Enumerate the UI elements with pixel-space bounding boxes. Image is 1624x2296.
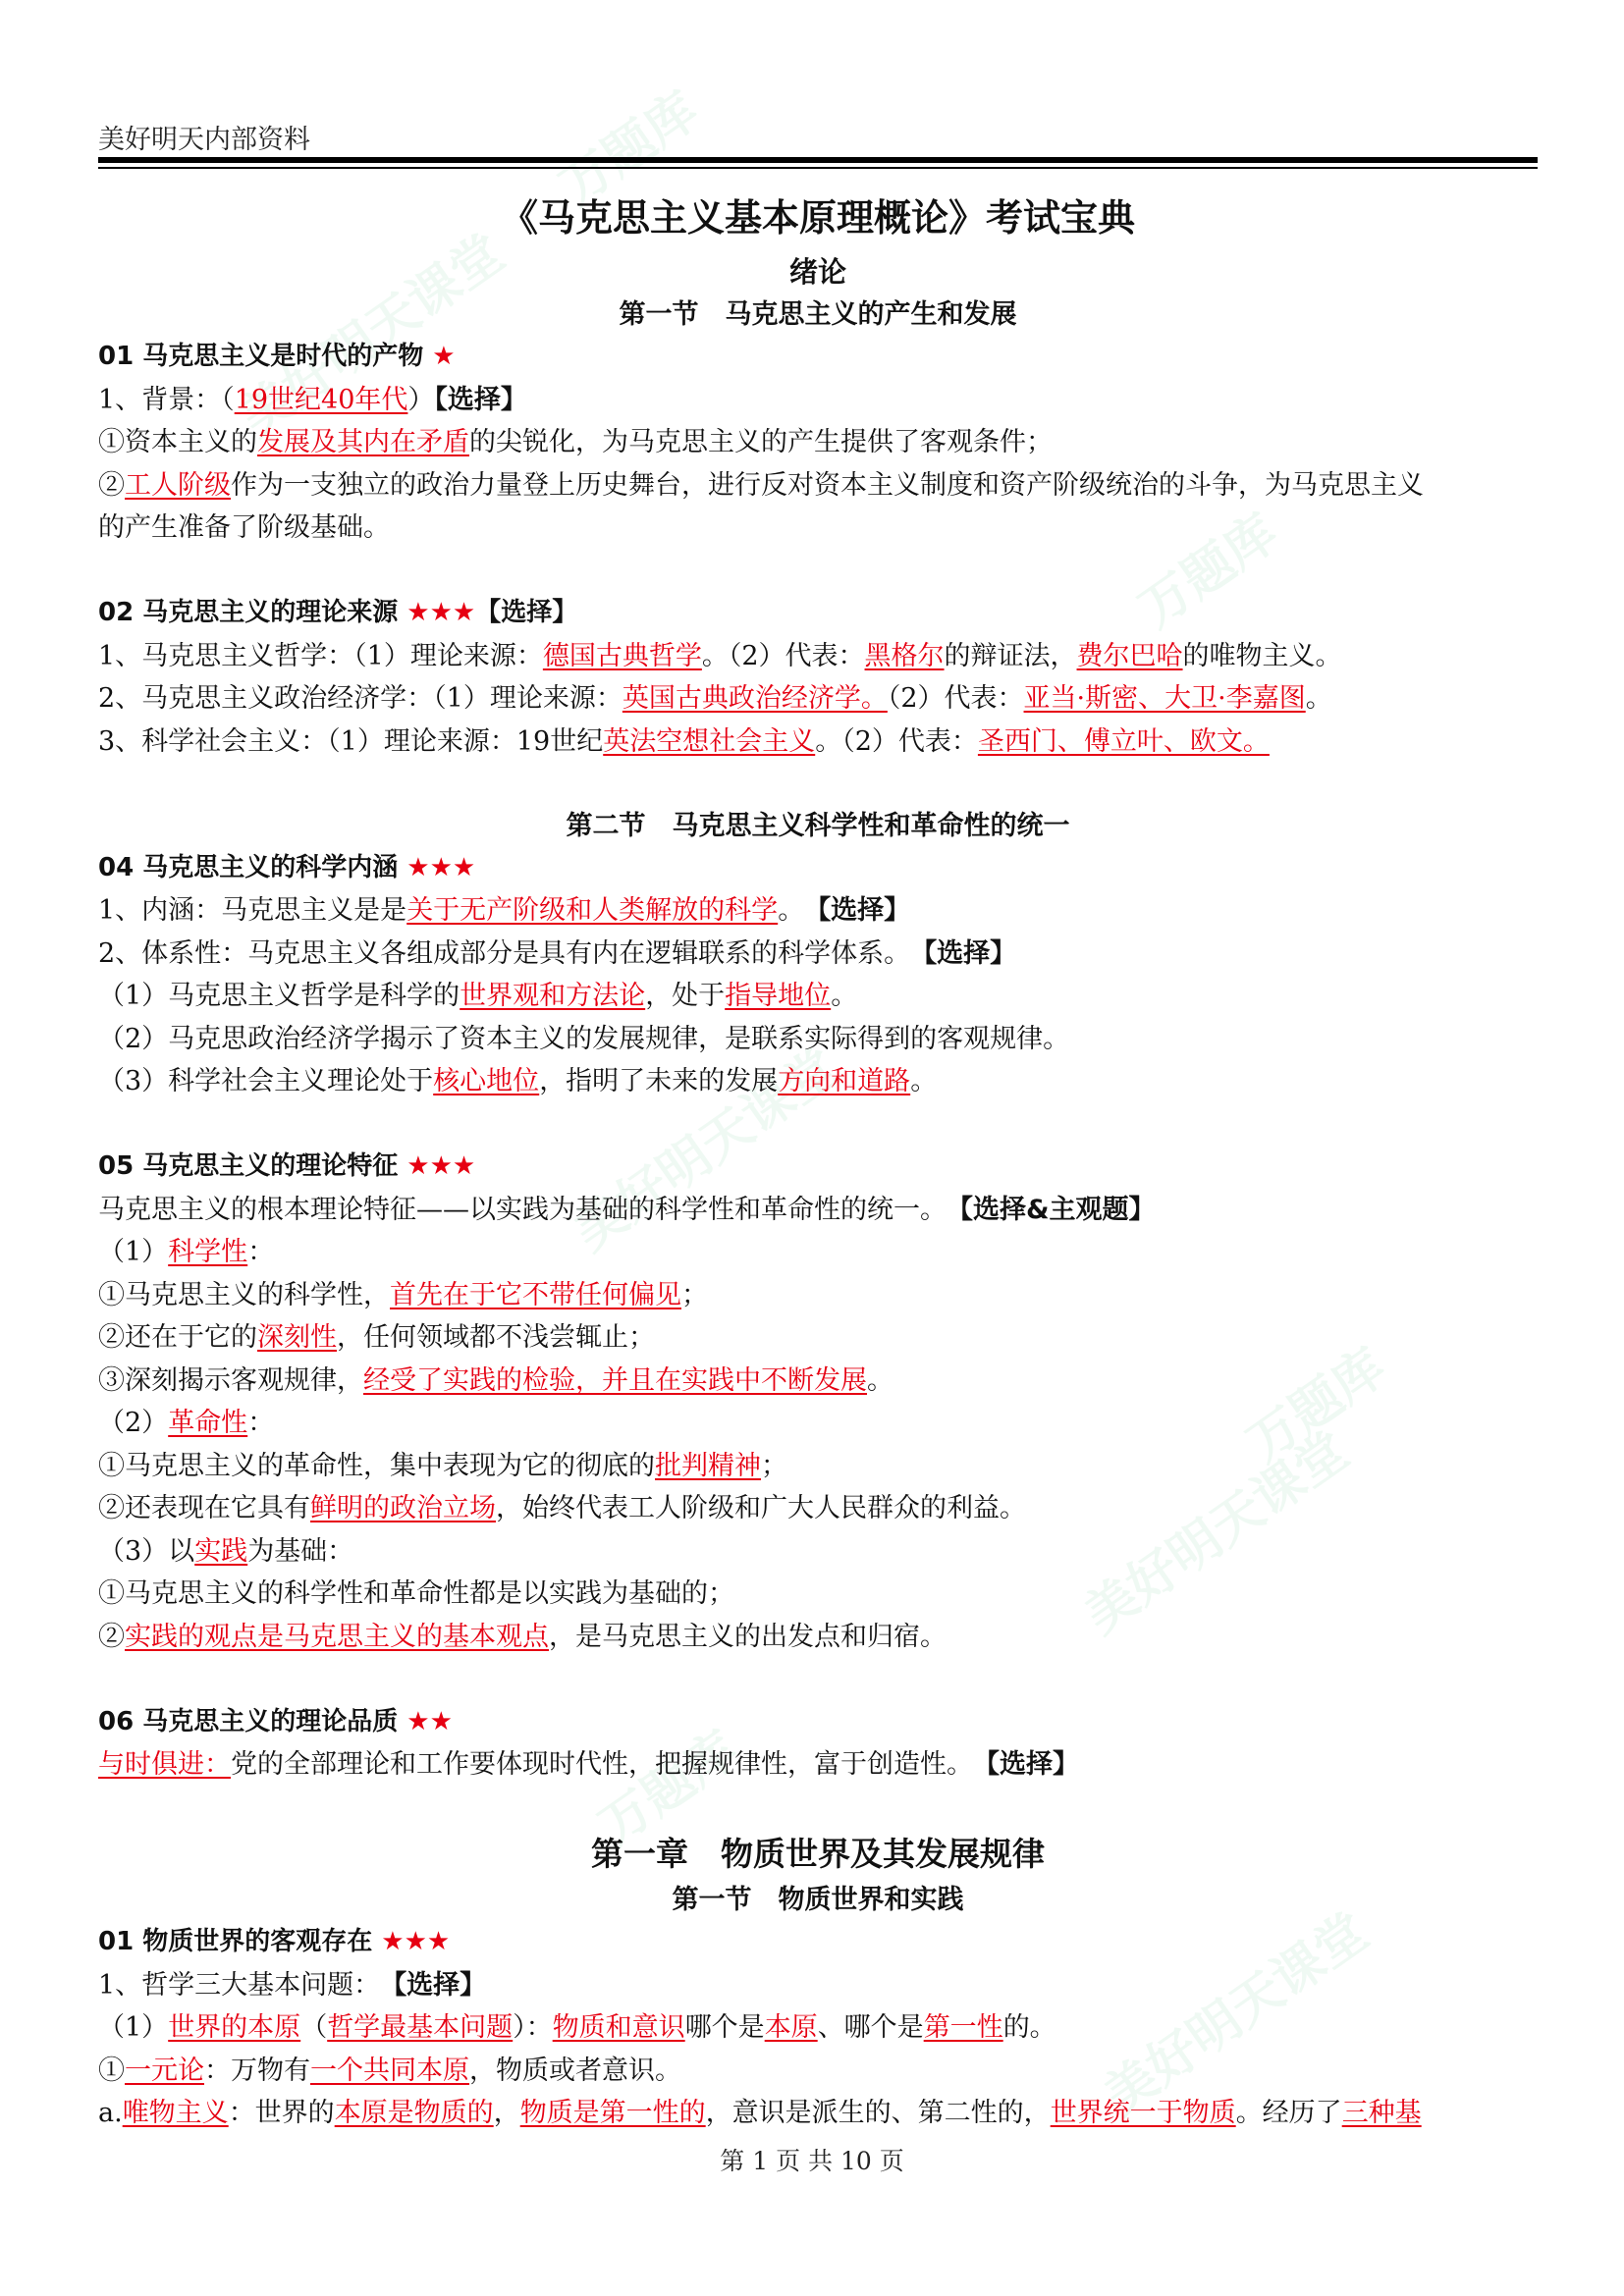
header-label: 美好明天内部资料 (98, 118, 310, 156)
item-heading: 01 物质世界的客观存在 ★★★ (98, 1921, 1538, 1964)
section-heading: 第一节 物质世界和实践 (98, 1880, 1538, 1921)
text-line: ②实践的观点是马克思主义的基本观点，是马克思主义的出发点和归宿。 (98, 1616, 1538, 1659)
section-heading: 第一节 马克思主义的产生和发展 (98, 294, 1538, 336)
exam-tag: 【选择】 (987, 1749, 1080, 1780)
exam-tag: 【选择】 (924, 938, 1017, 969)
text-line: ②工人阶级作为一支独立的政治力量登上历史舞台，进行反对资本主义制度和资产阶级统治… (98, 464, 1538, 507)
item-heading: 05 马克思主义的理论特征 ★★★ (98, 1146, 1538, 1189)
text-line: 3、科学社会主义：（1）理论来源：19世纪英法空想社会主义。（2）代表：圣西门、… (98, 721, 1538, 764)
header-rule-thin (98, 167, 1538, 169)
text-line: （3）科学社会主义理论处于核心地位，指明了未来的发展方向和道路。 (98, 1060, 1538, 1103)
exam-tag: 【选择】 (818, 895, 911, 926)
exam-tag: 【选择】 (475, 598, 577, 627)
page-footer: 第 1 页 共 10 页 (0, 2142, 1624, 2177)
document-title: 《马克思主义基本原理概论》考试宝典 (98, 187, 1538, 249)
text-line: 1、马克思主义哲学：（1）理论来源：德国古典哲学。（2）代表：黑格尔的辩证法，费… (98, 635, 1538, 678)
text-line: ③深刻揭示客观规律，经受了实践的检验，并且在实践中不断发展。 (98, 1360, 1538, 1403)
text-line: ①资本主义的发展及其内在矛盾的尖锐化，为马克思主义的产生提供了客观条件； (98, 421, 1538, 464)
text-line: 马克思主义的根本理论特征——以实践为基础的科学性和革命性的统一。 【选择&主观题… (98, 1189, 1538, 1232)
star-rating: ★★★ (406, 1151, 475, 1181)
text-line: （1）马克思主义哲学是科学的世界观和方法论，处于指导地位。 (98, 975, 1538, 1018)
text-line: （1）科学性： (98, 1231, 1538, 1274)
text-line: 2、马克思主义政治经济学：（1）理论来源：英国古典政治经济学。（2）代表：亚当·… (98, 677, 1538, 721)
text-line: 2、体系性：马克思主义各组成部分是具有内在逻辑联系的科学体系。 【选择】 (98, 933, 1538, 976)
text-line: ①马克思主义的科学性和革命性都是以实践为基础的； (98, 1573, 1538, 1616)
exam-tag: 【选择】 (394, 1970, 487, 2001)
chapter-heading: 绪论 (98, 249, 1538, 294)
text-line: 1、背景：（19世纪40年代）【选择】 (98, 379, 1538, 422)
text-line: （1）世界的本原（哲学最基本问题）：物质和意识哪个是本原、哪个是第一性的。 (98, 2006, 1538, 2050)
item-heading: 06 马克思主义的理论品质 ★★ (98, 1701, 1538, 1744)
text-line: ②还表现在它具有鲜明的政治立场，始终代表工人阶级和广大人民群众的利益。 (98, 1487, 1538, 1530)
star-rating: ★★★ (406, 853, 475, 882)
text-line: （2）马克思政治经济学揭示了资本主义的发展规律，是联系实际得到的客观规律。 (98, 1018, 1538, 1061)
item-heading: 02 马克思主义的理论来源 ★★★【选择】 (98, 592, 1538, 635)
text-line: （3）以实践为基础： (98, 1530, 1538, 1574)
text-line: 1、哲学三大基本问题： 【选择】 (98, 1964, 1538, 2007)
text-line: 与时俱进：党的全部理论和工作要体现时代性，把握规律性，富于创造性。 【选择】 (98, 1743, 1538, 1787)
item-heading: 04 马克思主义的科学内涵 ★★★ (98, 847, 1538, 890)
exam-tag: 【选择】 (434, 385, 527, 415)
document-body: 《马克思主义基本原理概论》考试宝典 绪论 第一节 马克思主义的产生和发展 01 … (98, 187, 1538, 2135)
header-rule (98, 157, 1538, 163)
chapter-heading: 第一章 物质世界及其发展规律 (98, 1829, 1538, 1880)
section-heading: 第二节 马克思主义科学性和革命性的统一 (98, 806, 1538, 847)
star-rating: ★★★ (406, 598, 475, 627)
text-line: a.唯物主义：世界的本原是物质的，物质是第一性的，意识是派生的、第二性的，世界统… (98, 2092, 1538, 2135)
text-line: 1、内涵：马克思主义是是关于无产阶级和人类解放的科学。 【选择】 (98, 889, 1538, 933)
text-line: ①马克思主义的科学性，首先在于它不带任何偏见； (98, 1274, 1538, 1317)
text-line: ①马克思主义的革命性，集中表现为它的彻底的批判精神； (98, 1445, 1538, 1488)
text-line: （2）革命性： (98, 1402, 1538, 1445)
text-line: ①一元论：万物有一个共同本原，物质或者意识。 (98, 2050, 1538, 2093)
star-rating: ★★ (406, 1707, 453, 1736)
exam-tag: 【选择&主观题】 (960, 1195, 1156, 1225)
star-rating: ★★★ (381, 1927, 450, 1956)
star-rating: ★ (432, 342, 455, 371)
item-heading: 01 马克思主义是时代的产物 ★ (98, 336, 1538, 379)
text-line: 的产生准备了阶级基础。 (98, 507, 1538, 550)
text-line: ②还在于它的深刻性，任何领域都不浅尝辄止； (98, 1316, 1538, 1360)
